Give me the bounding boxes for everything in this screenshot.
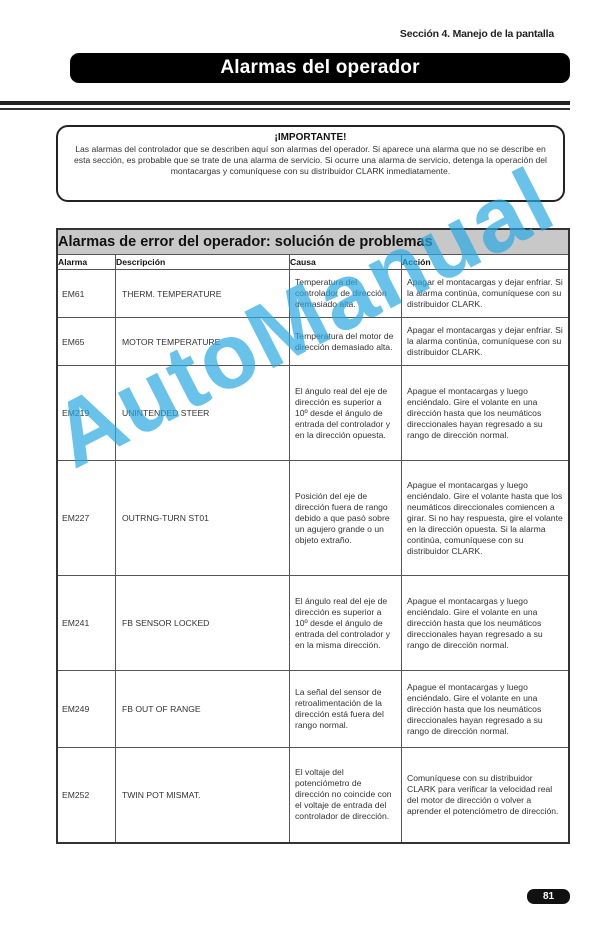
alarm-description: THERM. TEMPERATURE	[116, 270, 290, 318]
page-title-bar: Alarmas del operador	[70, 53, 570, 83]
column-header-description: Descripción	[116, 255, 290, 270]
table-row: EM65MOTOR TEMPERATURETemperatura del mot…	[57, 318, 569, 366]
alarm-action: Apague el montacargas y luego enciéndalo…	[402, 576, 570, 671]
divider-thin	[0, 108, 570, 110]
alarm-cause: El voltaje del potenciómetro de direcció…	[290, 748, 402, 843]
alarms-table: Alarmas de error del operador: solución …	[56, 228, 570, 844]
alarm-description: FB OUT OF RANGE	[116, 671, 290, 748]
alarm-code: EM249	[57, 671, 116, 748]
alarm-code: EM61	[57, 270, 116, 318]
alarm-code: EM241	[57, 576, 116, 671]
alarm-cause: Temperatura del motor de dirección demas…	[290, 318, 402, 366]
column-header-cause: Causa	[290, 255, 402, 270]
alarm-description: TWIN POT MISMAT.	[116, 748, 290, 843]
table-row: EM219UNINTENDED STEEREl ángulo real del …	[57, 366, 569, 461]
alarm-description: UNINTENDED STEER	[116, 366, 290, 461]
alarm-code: EM219	[57, 366, 116, 461]
alarm-description: OUTRNG-TURN ST01	[116, 461, 290, 576]
alarm-cause: Posición del eje de dirección fuera de r…	[290, 461, 402, 576]
page-number: 81	[527, 889, 570, 904]
notice-body: Las alarmas del controlador que se descr…	[68, 144, 553, 177]
table-row: EM227OUTRNG-TURN ST01Posición del eje de…	[57, 461, 569, 576]
table-row: EM252TWIN POT MISMAT.El voltaje del pote…	[57, 748, 569, 843]
notice-heading: ¡IMPORTANTE!	[68, 132, 553, 144]
alarm-action: Apague el montacargas y luego enciéndalo…	[402, 671, 570, 748]
alarm-action: Apagar el montacargas y dejar enfriar. S…	[402, 270, 570, 318]
important-notice: ¡IMPORTANTE! Las alarmas del controlador…	[56, 125, 565, 202]
alarm-description: MOTOR TEMPERATURE	[116, 318, 290, 366]
divider-thick	[0, 101, 570, 105]
page-title: Alarmas del operador	[220, 57, 419, 79]
alarm-action: Apague el montacargas y luego enciéndalo…	[402, 366, 570, 461]
alarm-cause: El ángulo real del eje de dirección es s…	[290, 366, 402, 461]
column-header-alarm: Alarma	[57, 255, 116, 270]
table-title: Alarmas de error del operador: solución …	[57, 229, 569, 255]
table-row: EM249FB OUT OF RANGELa señal del sensor …	[57, 671, 569, 748]
alarm-code: EM252	[57, 748, 116, 843]
alarm-description: FB SENSOR LOCKED	[116, 576, 290, 671]
table-row: EM241FB SENSOR LOCKEDEl ángulo real del …	[57, 576, 569, 671]
alarm-code: EM65	[57, 318, 116, 366]
alarm-code: EM227	[57, 461, 116, 576]
alarm-cause: La señal del sensor de retroalimentación…	[290, 671, 402, 748]
section-header: Sección 4. Manejo de la pantalla	[400, 28, 554, 40]
alarm-action: Apague el montacargas y luego enciéndalo…	[402, 461, 570, 576]
alarm-action: Comuníquese con su distribuidor CLARK pa…	[402, 748, 570, 843]
alarm-action: Apagar el montacargas y dejar enfriar. S…	[402, 318, 570, 366]
alarm-cause: El ángulo real del eje de dirección es s…	[290, 576, 402, 671]
table-row: EM61THERM. TEMPERATURETemperatura del co…	[57, 270, 569, 318]
column-header-action: Acción	[402, 255, 570, 270]
alarm-cause: Temperatura del controlador de dirección…	[290, 270, 402, 318]
